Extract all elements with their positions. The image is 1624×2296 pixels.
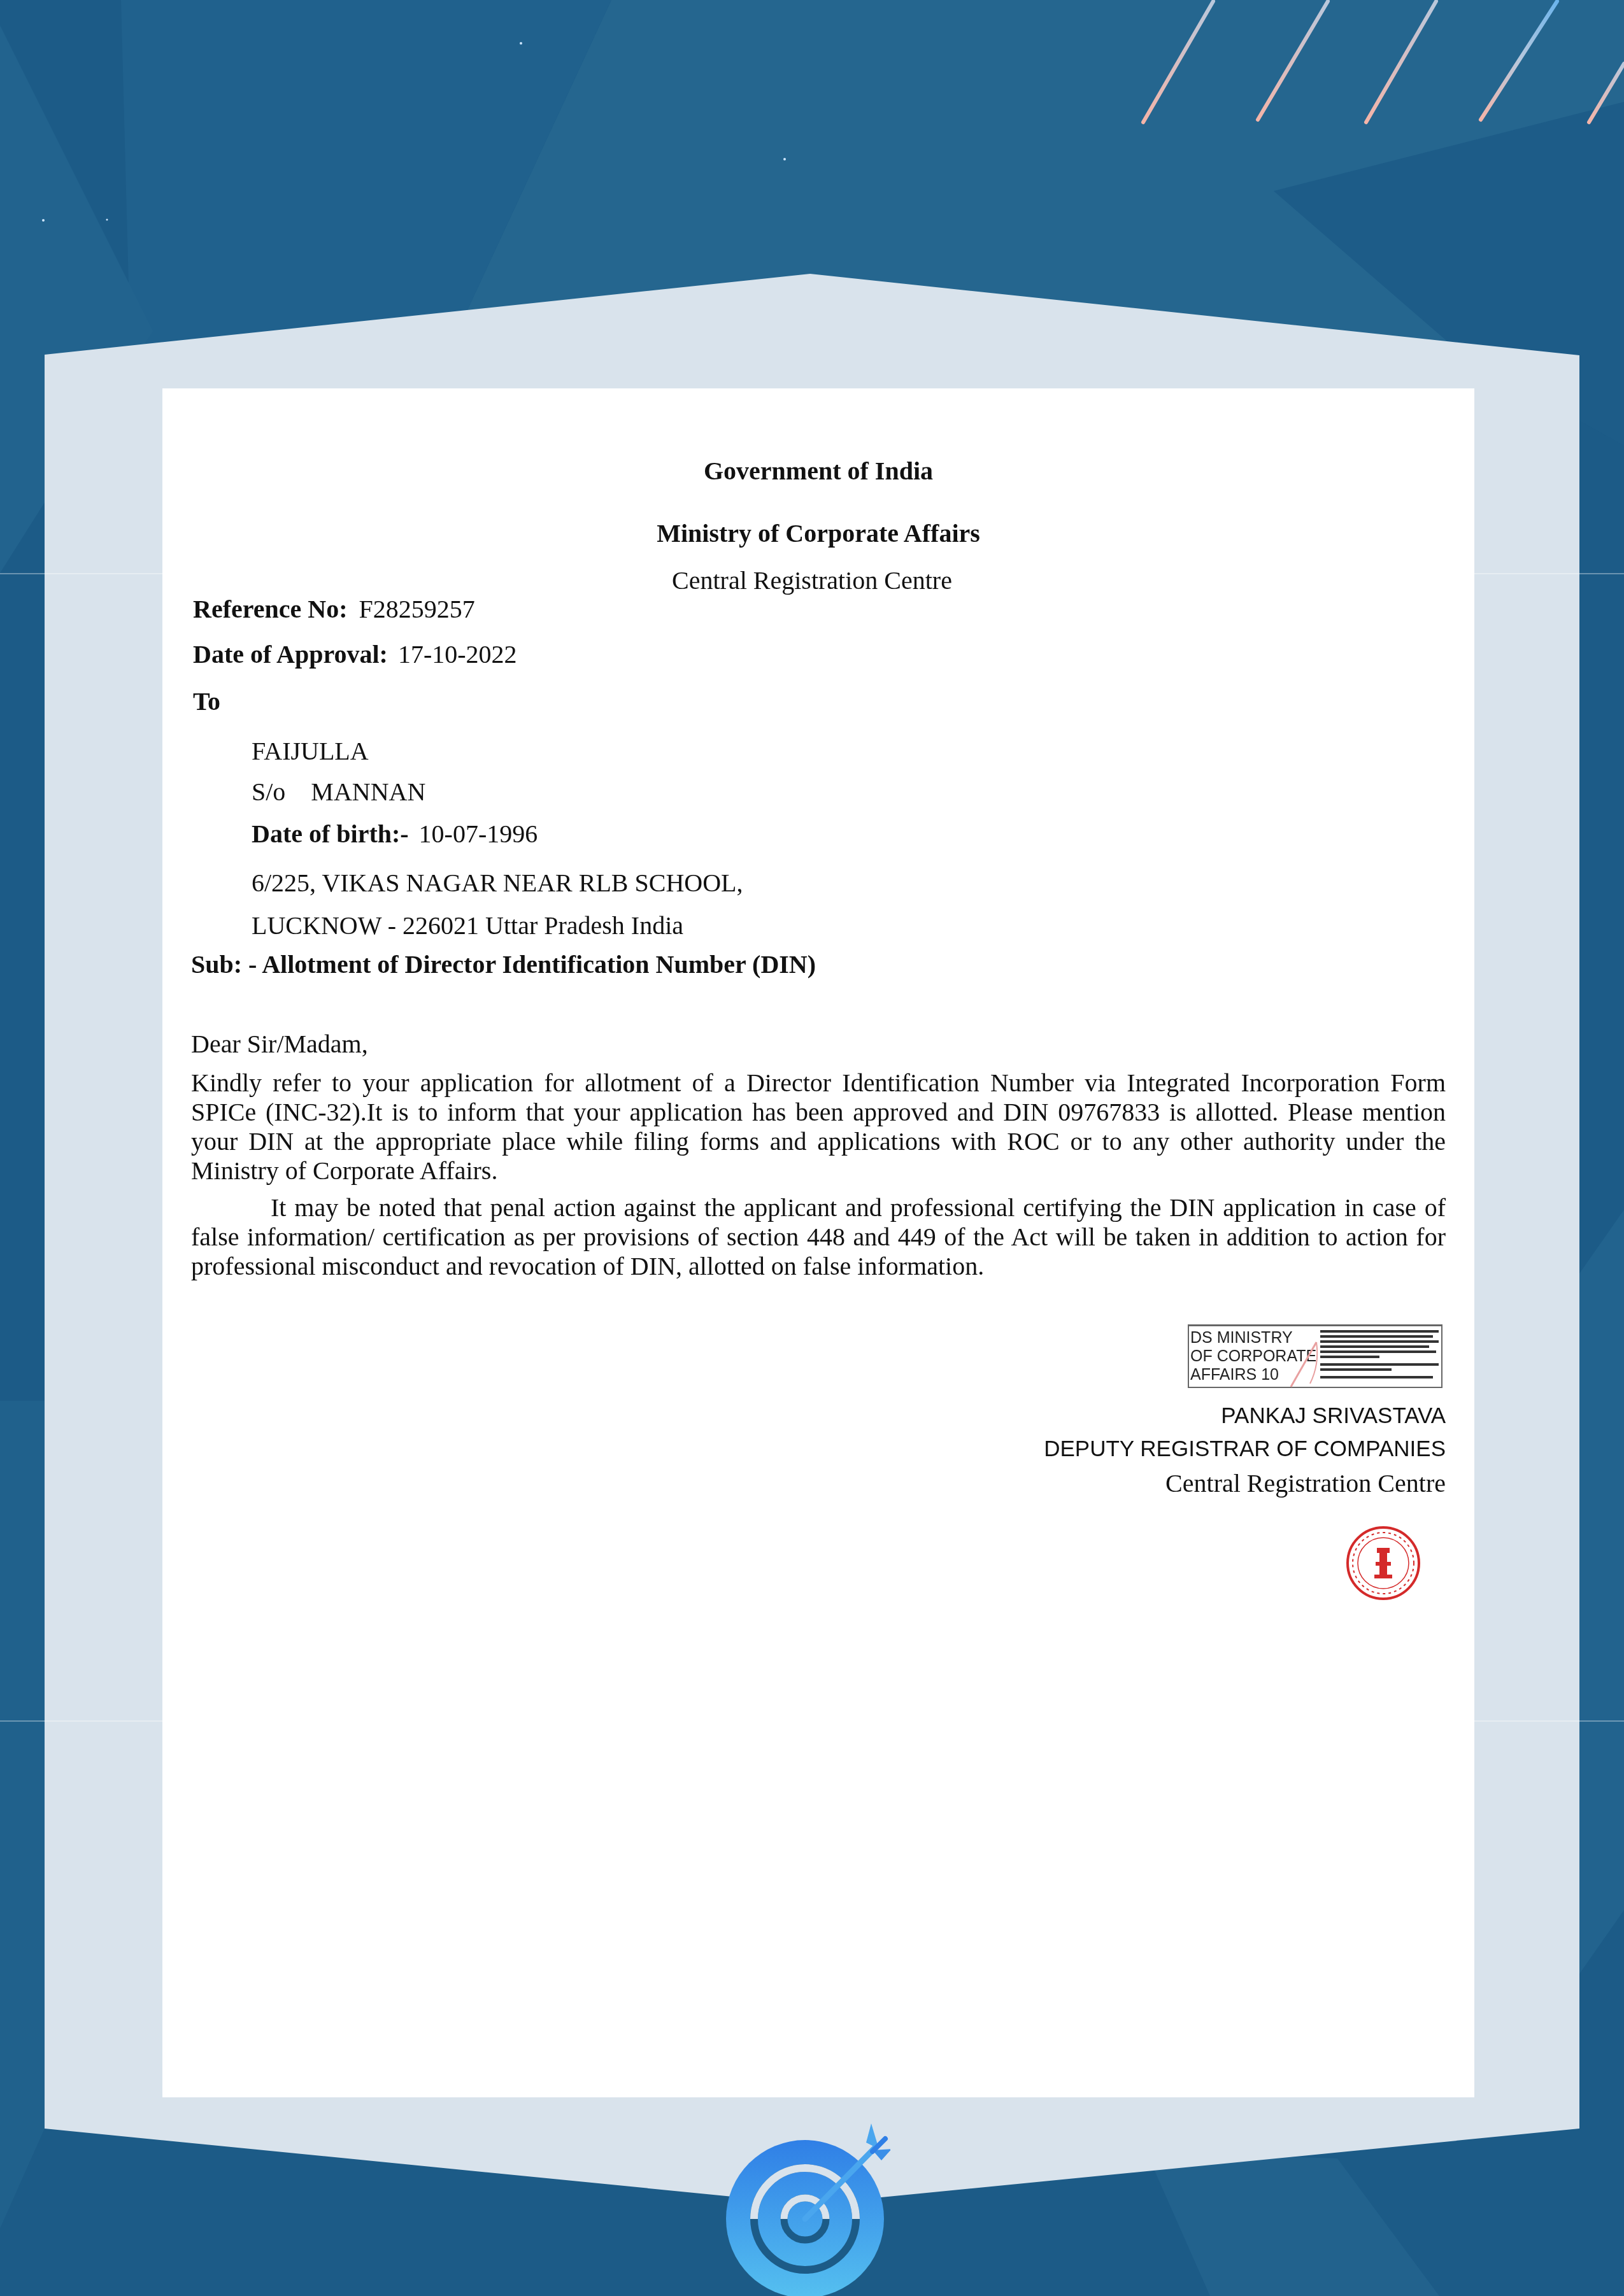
- dob-row: Date of birth:- 10-07-1996: [252, 821, 538, 847]
- body-paragraph-1: Kindly refer to your application for all…: [191, 1068, 1446, 1186]
- digital-signature-box[interactable]: DS MINISTRY OF CORPORATE AFFAIRS 10: [1188, 1324, 1442, 1388]
- signatory-name: PANKAJ SRIVASTAVA: [1221, 1405, 1446, 1427]
- approval-date-row: Date of Approval: 17-10-2022: [193, 642, 517, 667]
- body-paragraph-2: It may be noted that penal action agains…: [191, 1193, 1446, 1281]
- letterhead-government: Government of India: [162, 458, 1474, 484]
- approval-date-label: Date of Approval:: [193, 640, 388, 669]
- target-dart-icon: [725, 2123, 890, 2296]
- signatory-designation: DEPUTY REGISTRAR OF COMPANIES: [1044, 1438, 1446, 1460]
- digital-signature-details: [1320, 1330, 1439, 1381]
- letterhead-centre: Central Registration Centre: [156, 568, 1468, 593]
- to-label: To: [193, 689, 220, 714]
- dob-label: Date of birth:-: [252, 819, 409, 848]
- subject-line: Sub: - Allotment of Director Identificat…: [191, 952, 816, 977]
- parent-name: MANNAN: [311, 777, 425, 806]
- signatory-office: Central Registration Centre: [1165, 1471, 1446, 1496]
- reference-label: Reference No:: [193, 595, 347, 623]
- government-emblem-seal-icon: [1344, 1524, 1423, 1603]
- address-line-1: 6/225, VIKAS NAGAR NEAR RLB SCHOOL,: [252, 870, 743, 896]
- din-allotment-letter: Government of India Ministry of Corporat…: [162, 388, 1474, 2097]
- relation-label: S/o: [252, 777, 285, 806]
- recipient-parent-row: S/o MANNAN: [252, 779, 425, 805]
- address-line-2: LUCKNOW - 226021 Uttar Pradesh India: [252, 913, 683, 939]
- dob-value: 10-07-1996: [419, 819, 538, 848]
- approval-date-value: 17-10-2022: [398, 640, 517, 669]
- reference-row: Reference No: F28259257: [193, 597, 475, 622]
- letterhead-ministry: Ministry of Corporate Affairs: [162, 521, 1474, 546]
- salutation: Dear Sir/Madam,: [191, 1031, 368, 1057]
- recipient-name: FAIJULLA: [252, 739, 369, 764]
- reference-value: F28259257: [359, 595, 474, 623]
